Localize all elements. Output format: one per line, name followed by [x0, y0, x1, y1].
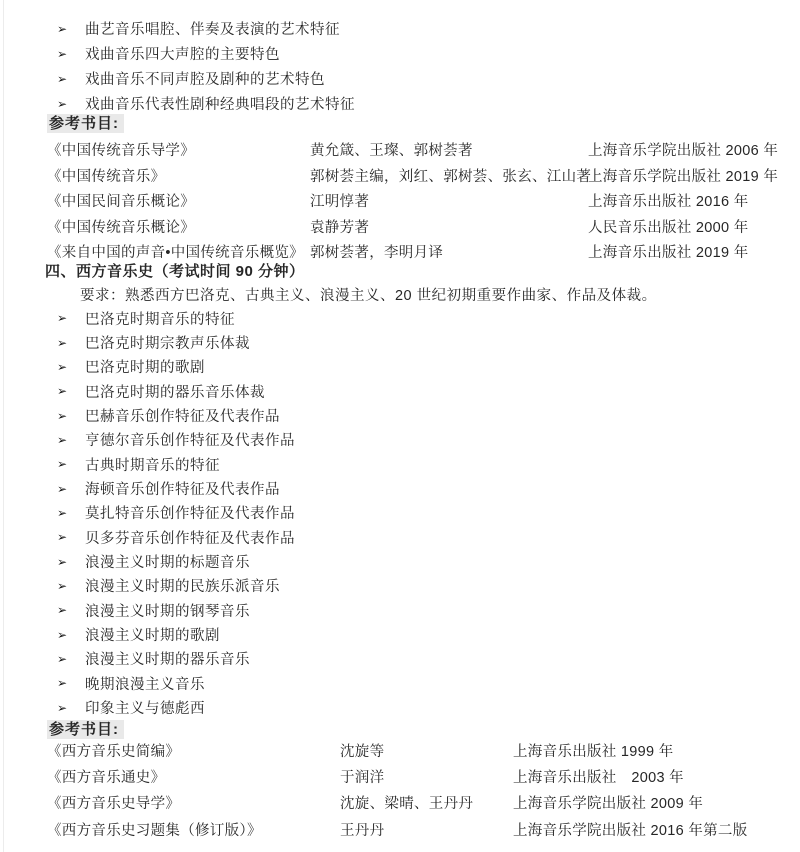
section-heading: 四、西方音乐史（考试时间 90 分钟）	[45, 260, 305, 284]
topic-text: 曲艺音乐唱腔、伴奏及表演的艺术特征	[85, 18, 340, 39]
list-item: ➢ 浪漫主义时期的歌剧	[0, 622, 800, 646]
list-item: ➢ 晚期浪漫主义音乐	[0, 671, 800, 695]
book-title: 《西方音乐史简编》	[47, 740, 340, 761]
topic-text: 戏曲音乐代表性剧种经典唱段的艺术特征	[85, 93, 355, 114]
arrow-bullet-icon: ➢	[57, 410, 85, 422]
book-row: 《中国传统音乐概论》 袁静芳著 人民音乐出版社 2000 年	[47, 214, 792, 240]
book-row: 《西方音乐史简编》 沈旋等 上海音乐出版社 1999 年	[47, 737, 792, 763]
book-publisher: 上海音乐学院出版社 2006 年	[588, 139, 792, 160]
book-title: 《中国传统音乐概论》	[47, 216, 310, 237]
book-title: 《西方音乐史导学》	[47, 792, 340, 813]
topic-text: 浪漫主义时期的歌剧	[85, 624, 220, 645]
topic-text: 戏曲音乐四大声腔的主要特色	[85, 43, 280, 64]
book-publisher: 上海音乐学院出版社 2016 年第二版	[513, 819, 792, 840]
topic-text: 晚期浪漫主义音乐	[85, 673, 205, 694]
chinese-topics-list: ➢ 曲艺音乐唱腔、伴奏及表演的艺术特征 ➢ 戏曲音乐四大声腔的主要特色 ➢ 戏曲…	[0, 16, 800, 116]
arrow-bullet-icon: ➢	[57, 385, 85, 397]
book-authors: 沈旋等	[340, 740, 513, 761]
topic-text: 浪漫主义时期的民族乐派音乐	[85, 575, 280, 596]
book-row: 《西方音乐史导学》 沈旋、梁晴、王丹丹 上海音乐学院出版社 2009 年	[47, 790, 792, 816]
topic-text: 亨德尔音乐创作特征及代表作品	[85, 429, 295, 450]
list-item: ➢ 曲艺音乐唱腔、伴奏及表演的艺术特征	[0, 16, 800, 41]
topic-text: 古典时期音乐的特征	[85, 454, 220, 475]
arrow-bullet-icon: ➢	[57, 580, 85, 592]
arrow-bullet-icon: ➢	[57, 653, 85, 665]
list-item: ➢ 莫扎特音乐创作特征及代表作品	[0, 501, 800, 525]
book-authors: 王丹丹	[340, 819, 513, 840]
document-page: ➢ 曲艺音乐唱腔、伴奏及表演的艺术特征 ➢ 戏曲音乐四大声腔的主要特色 ➢ 戏曲…	[0, 0, 800, 852]
book-publisher: 人民音乐出版社 2000 年	[588, 216, 792, 237]
topic-text: 巴洛克时期宗教声乐体裁	[85, 332, 250, 353]
book-title: 《中国传统音乐》	[47, 165, 310, 186]
list-item: ➢ 戏曲音乐四大声腔的主要特色	[0, 41, 800, 66]
book-publisher: 上海音乐学院出版社 2019 年	[588, 165, 792, 186]
arrow-bullet-icon: ➢	[57, 604, 85, 616]
arrow-bullet-icon: ➢	[57, 556, 85, 568]
list-item: ➢ 海顿音乐创作特征及代表作品	[0, 476, 800, 500]
book-authors: 江明惇著	[310, 190, 588, 211]
topic-text: 浪漫主义时期的器乐音乐	[85, 648, 250, 669]
list-item: ➢ 巴赫音乐创作特征及代表作品	[0, 403, 800, 427]
book-row: 《西方音乐通史》 于润洋 上海音乐出版社 2003 年	[47, 763, 792, 789]
list-item: ➢ 戏曲音乐不同声腔及剧种的艺术特色	[0, 66, 800, 91]
list-item: ➢ 印象主义与德彪西	[0, 696, 800, 720]
book-publisher: 上海音乐出版社 2003 年	[513, 766, 792, 787]
arrow-bullet-icon: ➢	[57, 458, 85, 470]
topic-text: 浪漫主义时期的标题音乐	[85, 551, 250, 572]
topic-text: 巴洛克时期的器乐音乐体裁	[85, 381, 265, 402]
book-publisher: 上海音乐出版社 2016 年	[588, 190, 792, 211]
arrow-bullet-icon: ➢	[57, 73, 85, 85]
topic-text: 浪漫主义时期的钢琴音乐	[85, 600, 250, 621]
book-authors: 郭树荟著，李明月译	[310, 241, 588, 262]
book-authors: 郭树荟主编，刘红、郭树荟、张玄、江山著	[310, 165, 588, 186]
topic-text: 戏曲音乐不同声腔及剧种的艺术特色	[85, 68, 325, 89]
book-authors: 袁静芳著	[310, 216, 588, 237]
book-row: 《西方音乐史习题集（修订版）》 王丹丹 上海音乐学院出版社 2016 年第二版	[47, 816, 792, 842]
arrow-bullet-icon: ➢	[57, 48, 85, 60]
arrow-bullet-icon: ➢	[57, 507, 85, 519]
arrow-bullet-icon: ➢	[57, 629, 85, 641]
arrow-bullet-icon: ➢	[57, 361, 85, 373]
book-publisher: 上海音乐出版社 1999 年	[513, 740, 792, 761]
arrow-bullet-icon: ➢	[57, 434, 85, 446]
topic-text: 印象主义与德彪西	[85, 697, 205, 718]
topic-text: 海顿音乐创作特征及代表作品	[85, 478, 280, 499]
list-item: ➢ 浪漫主义时期的器乐音乐	[0, 647, 800, 671]
western-topics-list: ➢ 巴洛克时期音乐的特征 ➢ 巴洛克时期宗教声乐体裁 ➢ 巴洛克时期的歌剧 ➢ …	[0, 306, 800, 720]
topic-text: 巴洛克时期音乐的特征	[85, 308, 235, 329]
book-authors: 黄允箴、王璨、郭树荟著	[310, 139, 588, 160]
list-item: ➢ 浪漫主义时期的民族乐派音乐	[0, 574, 800, 598]
western-books-table: 《西方音乐史简编》 沈旋等 上海音乐出版社 1999 年 《西方音乐通史》 于润…	[47, 737, 792, 842]
requirement-line: 要求：熟悉西方巴洛克、古典主义、浪漫主义、20 世纪初期重要作曲家、作品及体裁。	[80, 284, 657, 308]
arrow-bullet-icon: ➢	[57, 483, 85, 495]
reference-books-label: 参考书目:	[47, 114, 124, 133]
book-title: 《中国民间音乐概论》	[47, 190, 310, 211]
list-item: ➢ 巴洛克时期的器乐音乐体裁	[0, 379, 800, 403]
reference-books-heading: 参考书目:	[47, 112, 124, 136]
book-authors: 沈旋、梁晴、王丹丹	[340, 792, 513, 813]
arrow-bullet-icon: ➢	[57, 677, 85, 689]
topic-text: 巴赫音乐创作特征及代表作品	[85, 405, 280, 426]
list-item: ➢ 浪漫主义时期的钢琴音乐	[0, 598, 800, 622]
book-title: 《西方音乐史习题集（修订版）》	[47, 819, 340, 840]
list-item: ➢ 浪漫主义时期的标题音乐	[0, 549, 800, 573]
book-title: 《西方音乐通史》	[47, 766, 340, 787]
book-authors: 于润洋	[340, 766, 513, 787]
list-item: ➢ 亨德尔音乐创作特征及代表作品	[0, 428, 800, 452]
list-item: ➢ 巴洛克时期宗教声乐体裁	[0, 330, 800, 354]
book-publisher: 上海音乐出版社 2019 年	[588, 241, 792, 262]
list-item: ➢ 贝多芬音乐创作特征及代表作品	[0, 525, 800, 549]
chinese-books-table: 《中国传统音乐导学》 黄允箴、王璨、郭树荟著 上海音乐学院出版社 2006 年 …	[47, 137, 792, 265]
arrow-bullet-icon: ➢	[57, 23, 85, 35]
arrow-bullet-icon: ➢	[57, 337, 85, 349]
book-row: 《中国传统音乐》 郭树荟主编，刘红、郭树荟、张玄、江山著 上海音乐学院出版社 2…	[47, 163, 792, 189]
list-item: ➢ 巴洛克时期音乐的特征	[0, 306, 800, 330]
topic-text: 莫扎特音乐创作特征及代表作品	[85, 502, 295, 523]
book-row: 《中国传统音乐导学》 黄允箴、王璨、郭树荟著 上海音乐学院出版社 2006 年	[47, 137, 792, 163]
list-item: ➢ 巴洛克时期的歌剧	[0, 355, 800, 379]
book-row: 《中国民间音乐概论》 江明惇著 上海音乐出版社 2016 年	[47, 188, 792, 214]
topic-text: 贝多芬音乐创作特征及代表作品	[85, 527, 295, 548]
topic-text: 巴洛克时期的歌剧	[85, 356, 205, 377]
arrow-bullet-icon: ➢	[57, 312, 85, 324]
arrow-bullet-icon: ➢	[57, 702, 85, 714]
arrow-bullet-icon: ➢	[57, 98, 85, 110]
arrow-bullet-icon: ➢	[57, 531, 85, 543]
book-title: 《中国传统音乐导学》	[47, 139, 310, 160]
list-item: ➢ 古典时期音乐的特征	[0, 452, 800, 476]
book-publisher: 上海音乐学院出版社 2009 年	[513, 792, 792, 813]
